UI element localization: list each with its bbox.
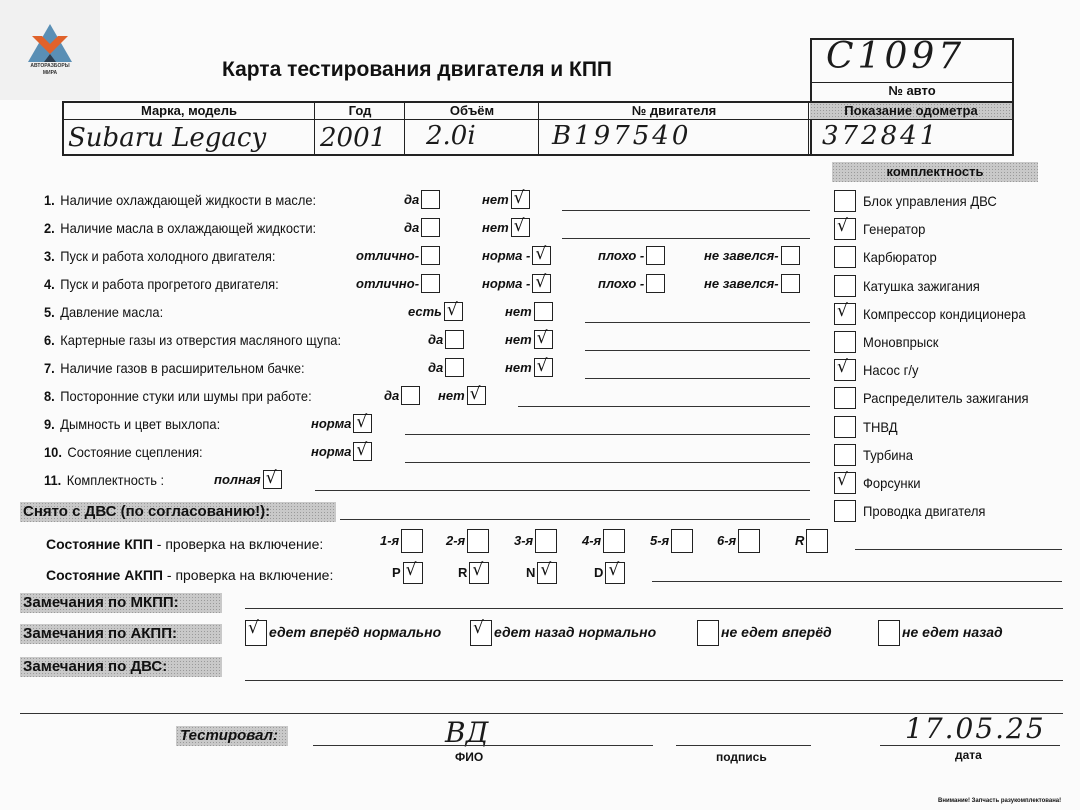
check-option: отлично- xyxy=(356,246,440,265)
check-option: норма xyxy=(311,414,372,433)
check-text: Наличие масла в охлаждающей жидкости: xyxy=(60,220,316,236)
car-number-value: C1097 xyxy=(826,36,965,77)
check-option: нет xyxy=(505,330,553,349)
kpp-gear: 2-я xyxy=(446,529,489,553)
option-label: нет xyxy=(505,332,532,347)
check-option: плохо - xyxy=(598,246,665,265)
page-title: Карта тестирования двигателя и КПП xyxy=(222,58,612,82)
remarks-mkpp-line[interactable] xyxy=(245,608,1063,609)
option-label: отлично- xyxy=(356,248,419,263)
completeness-checkbox[interactable] xyxy=(834,190,856,212)
akpp-remark-option: не едет назад xyxy=(878,620,1003,646)
check-option: да xyxy=(428,358,464,377)
check-label: 11.Комплектность : xyxy=(44,472,164,488)
check-option: да xyxy=(428,330,464,349)
completeness-label: Турбина xyxy=(863,447,913,463)
check-option: полная xyxy=(214,470,282,489)
option-checkbox[interactable] xyxy=(534,358,553,377)
mode-checkbox[interactable] xyxy=(403,562,423,584)
check-label: 1.Наличие охлаждающей жидкости в масле: xyxy=(44,192,316,208)
option-checkbox[interactable] xyxy=(467,386,486,405)
check-option: нет xyxy=(438,386,486,405)
gear-label: 5-я xyxy=(650,533,669,548)
volume-value: 2.0i xyxy=(426,121,476,151)
completeness-label: ТНВД xyxy=(863,419,898,435)
notes-line[interactable] xyxy=(562,238,810,239)
completeness-checkbox[interactable] xyxy=(834,303,856,325)
completeness-checkbox[interactable] xyxy=(834,275,856,297)
check-text: Дымность и цвет выхлопа: xyxy=(60,416,220,432)
remarks-mkpp-label: Замечания по МКПП: xyxy=(20,593,222,613)
remark-label: едет назад нормально xyxy=(494,624,656,640)
notes-line[interactable] xyxy=(585,350,810,351)
check-label: 2.Наличие масла в охлаждающей жидкости: xyxy=(44,220,316,236)
check-number: 8. xyxy=(44,388,55,404)
check-number: 2. xyxy=(44,220,55,236)
notes-line[interactable] xyxy=(315,490,810,491)
gear-checkbox[interactable] xyxy=(738,529,760,553)
remarks-dvs-line[interactable] xyxy=(245,680,1063,681)
completeness-checkbox[interactable] xyxy=(834,331,856,353)
akpp-notes-line xyxy=(652,581,1062,582)
akpp-mode: P xyxy=(392,562,423,584)
completeness-item: Проводка двигателя xyxy=(834,500,995,522)
gear-label: 4-я xyxy=(582,533,601,548)
option-checkbox[interactable] xyxy=(781,274,800,293)
check-number: 1. xyxy=(44,192,55,208)
date-value: 17.05.25 xyxy=(905,712,1046,745)
make-model-value: Subaru Legacy xyxy=(68,123,266,153)
kpp-gear: 1-я xyxy=(380,529,423,553)
remark-checkbox[interactable] xyxy=(697,620,719,646)
remark-label: едет вперёд нормально xyxy=(269,624,441,640)
kpp-gear: 5-я xyxy=(650,529,693,553)
notes-line[interactable] xyxy=(585,378,810,379)
completeness-label: Форсунки xyxy=(863,475,921,491)
check-number: 5. xyxy=(44,304,55,320)
remarks-dvs-label: Замечания по ДВС: xyxy=(20,657,222,677)
tested-by-label: Тестировал: xyxy=(176,726,288,746)
akpp-label: Состояние АКПП - проверка на включение: xyxy=(46,567,333,583)
option-label: да xyxy=(428,360,443,375)
check-number: 3. xyxy=(44,248,55,264)
kpp-label: Состояние КПП - проверка на включение: xyxy=(46,536,323,552)
option-label: отлично- xyxy=(356,276,419,291)
gear-label: 2-я xyxy=(446,533,465,548)
check-option: норма xyxy=(311,442,372,461)
vehicle-table: Марка, модель Год Объём № двигателя Пока… xyxy=(62,101,1014,156)
option-checkbox[interactable] xyxy=(534,330,553,349)
check-label: 9.Дымность и цвет выхлопа: xyxy=(44,416,220,432)
option-checkbox[interactable] xyxy=(421,246,440,265)
check-text: Посторонние стуки или шумы при работе: xyxy=(60,388,311,404)
check-text: Состояние сцепления: xyxy=(67,444,202,460)
check-label: 4.Пуск и работа прогретого двигателя: xyxy=(44,276,279,292)
remark-checkbox[interactable] xyxy=(878,620,900,646)
check-number: 6. xyxy=(44,332,55,348)
option-label: нет xyxy=(505,360,532,375)
gear-label: 3-я xyxy=(514,533,533,548)
option-checkbox[interactable] xyxy=(421,218,440,237)
remark-label: не едет вперёд xyxy=(721,624,832,640)
check-number: 9. xyxy=(44,416,55,432)
col-engine-number: № двигателя xyxy=(540,103,809,119)
option-checkbox[interactable] xyxy=(445,358,464,377)
completeness-checkbox[interactable] xyxy=(834,472,856,494)
completeness-label: Катушка зажигания xyxy=(863,278,980,294)
car-number-label: № авто xyxy=(812,83,1012,98)
removed-line xyxy=(340,519,810,520)
gear-checkbox[interactable] xyxy=(467,529,489,553)
check-option: норма - xyxy=(482,274,551,293)
completeness-checkbox[interactable] xyxy=(834,444,856,466)
option-checkbox[interactable] xyxy=(263,470,282,489)
option-label: норма xyxy=(311,444,351,459)
completeness-checkbox[interactable] xyxy=(834,359,856,381)
akpp-mode: D xyxy=(594,562,625,584)
notes-line[interactable] xyxy=(585,322,810,323)
check-option: нет xyxy=(505,358,553,377)
notes-line[interactable] xyxy=(405,462,810,463)
check-text: Комплектность : xyxy=(67,472,164,488)
check-label: 5.Давление масла: xyxy=(44,304,163,320)
completeness-label: Насос г/у xyxy=(863,362,919,378)
option-label: нет xyxy=(505,304,532,319)
option-checkbox[interactable] xyxy=(646,246,665,265)
option-label: норма - xyxy=(482,248,530,263)
completeness-checkbox[interactable] xyxy=(834,500,856,522)
check-option: плохо - xyxy=(598,274,665,293)
option-label: норма xyxy=(311,416,351,431)
mode-checkbox[interactable] xyxy=(469,562,489,584)
check-option: да xyxy=(404,218,440,237)
option-label: плохо - xyxy=(598,276,644,291)
check-label: 10.Состояние сцепления: xyxy=(44,444,203,460)
option-checkbox[interactable] xyxy=(511,218,530,237)
completeness-item: Блок управления ДВС xyxy=(834,190,1007,212)
logo-mark-icon xyxy=(28,24,72,62)
gear-label: R xyxy=(795,533,804,548)
name-caption: ФИО xyxy=(455,750,483,764)
akpp-mode: R xyxy=(458,562,489,584)
remark-checkbox[interactable] xyxy=(245,620,267,646)
check-option: есть xyxy=(408,302,463,321)
completeness-label: Распределитель зажигания xyxy=(863,390,1029,406)
gear-checkbox[interactable] xyxy=(535,529,557,553)
check-option: отлично- xyxy=(356,274,440,293)
option-label: нет xyxy=(438,388,465,403)
check-option: не завелся- xyxy=(704,246,800,265)
completeness-header: комплектность xyxy=(832,162,1038,182)
gear-checkbox[interactable] xyxy=(806,529,828,553)
akpp-remark-option: едет вперёд нормально xyxy=(245,620,441,646)
check-option: да xyxy=(404,190,440,209)
option-checkbox[interactable] xyxy=(532,274,551,293)
akpp-mode: N xyxy=(526,562,557,584)
option-label: да xyxy=(428,332,443,347)
completeness-item: ТНВД xyxy=(834,416,900,438)
completeness-item: Генератор xyxy=(834,218,930,240)
completeness-item: Насос г/у xyxy=(834,359,923,381)
completeness-label: Компрессор кондиционера xyxy=(863,306,1026,322)
kpp-gear: R xyxy=(795,529,828,553)
option-checkbox[interactable] xyxy=(444,302,463,321)
gear-checkbox[interactable] xyxy=(603,529,625,553)
option-checkbox[interactable] xyxy=(421,274,440,293)
mode-label: D xyxy=(594,565,603,580)
notes-line[interactable] xyxy=(562,210,810,211)
col-volume: Объём xyxy=(406,103,539,119)
option-label: да xyxy=(404,220,419,235)
removed-label: Снято с ДВС (по согласованию!): xyxy=(20,502,336,522)
logo: АВТОРАЗБОРЫМИРА xyxy=(0,0,100,100)
check-text: Пуск и работа прогретого двигателя: xyxy=(60,276,278,292)
gear-label: 1-я xyxy=(380,533,399,548)
check-label: 3.Пуск и работа холодного двигателя: xyxy=(44,248,275,264)
completeness-label: Генератор xyxy=(863,221,925,237)
col-make-model: Марка, модель xyxy=(64,103,315,119)
completeness-item: Катушка зажигания xyxy=(834,275,989,297)
completeness-checkbox[interactable] xyxy=(834,416,856,438)
completeness-item: Распределитель зажигания xyxy=(834,387,1041,409)
option-checkbox[interactable] xyxy=(445,330,464,349)
option-checkbox[interactable] xyxy=(532,246,551,265)
remark-checkbox[interactable] xyxy=(470,620,492,646)
option-checkbox[interactable] xyxy=(534,302,553,321)
option-label: плохо - xyxy=(598,248,644,263)
option-checkbox[interactable] xyxy=(421,190,440,209)
option-checkbox[interactable] xyxy=(353,414,372,433)
gear-label: 6-я xyxy=(717,533,736,548)
kpp-gear: 4-я xyxy=(582,529,625,553)
kpp-gear: 6-я xyxy=(717,529,760,553)
completeness-checkbox[interactable] xyxy=(834,387,856,409)
remark-label: не едет назад xyxy=(902,624,1003,640)
date-caption: дата xyxy=(955,748,982,762)
option-label: да xyxy=(404,192,419,207)
col-year: Год xyxy=(316,103,405,119)
year-value: 2001 xyxy=(320,123,386,153)
mode-label: R xyxy=(458,565,467,580)
option-label: нет xyxy=(482,220,509,235)
option-checkbox[interactable] xyxy=(401,386,420,405)
check-text: Наличие охлаждающей жидкости в масле: xyxy=(60,192,316,208)
col-odometer: Показание одометра xyxy=(810,103,1012,119)
check-text: Картерные газы из отверстия масляного щу… xyxy=(60,332,341,348)
completeness-item: Форсунки xyxy=(834,472,925,494)
option-label: не завелся- xyxy=(704,276,779,291)
option-label: не завелся- xyxy=(704,248,779,263)
option-label: есть xyxy=(408,304,442,319)
mode-checkbox[interactable] xyxy=(605,562,625,584)
completeness-checkbox[interactable] xyxy=(834,218,856,240)
name-line[interactable] xyxy=(313,745,653,746)
akpp-remark-option: не едет вперёд xyxy=(697,620,832,646)
check-number: 10. xyxy=(44,444,62,460)
signature-line[interactable] xyxy=(676,745,811,746)
option-checkbox[interactable] xyxy=(646,274,665,293)
check-text: Давление масла: xyxy=(60,304,163,320)
warning-text: Внимание! Запчасть разукомплектована! xyxy=(938,798,1061,804)
completeness-checkbox[interactable] xyxy=(834,246,856,268)
check-label: 8.Посторонние стуки или шумы при работе: xyxy=(44,388,312,404)
akpp-remark-option: едет назад нормально xyxy=(470,620,656,646)
check-label: 6.Картерные газы из отверстия масляного … xyxy=(44,332,341,348)
check-option: не завелся- xyxy=(704,274,800,293)
option-label: полная xyxy=(214,472,261,487)
mode-label: P xyxy=(392,565,401,580)
completeness-item: Компрессор кондиционера xyxy=(834,303,1038,325)
kpp-gear: 3-я xyxy=(514,529,557,553)
notes-line[interactable] xyxy=(518,406,810,407)
remarks-akpp-label: Замечания по АКПП: xyxy=(20,624,222,644)
completeness-item: Моновпрыск xyxy=(834,331,944,353)
option-label: да xyxy=(384,388,399,403)
completeness-label: Карбюратор xyxy=(863,249,937,265)
gear-checkbox[interactable] xyxy=(401,529,423,553)
odometer-value: 372841 xyxy=(822,121,939,151)
kpp-notes-line xyxy=(855,549,1062,550)
logo-text: АВТОРАЗБОРЫМИРА xyxy=(0,63,100,77)
engine-number-value: B197540 xyxy=(552,121,691,151)
check-label: 7.Наличие газов в расширительном бачке: xyxy=(44,360,305,376)
completeness-label: Блок управления ДВС xyxy=(863,193,997,209)
check-option: нет xyxy=(505,302,553,321)
completeness-item: Турбина xyxy=(834,444,917,466)
check-option: нет xyxy=(482,190,530,209)
date-line[interactable] xyxy=(880,745,1060,746)
completeness-label: Моновпрыск xyxy=(863,334,938,350)
option-checkbox[interactable] xyxy=(511,190,530,209)
check-number: 11. xyxy=(44,472,61,488)
gear-checkbox[interactable] xyxy=(671,529,693,553)
check-option: норма - xyxy=(482,246,551,265)
check-text: Пуск и работа холодного двигателя: xyxy=(60,248,275,264)
completeness-label: Проводка двигателя xyxy=(863,503,985,519)
check-number: 7. xyxy=(44,360,55,376)
option-label: нет xyxy=(482,192,509,207)
option-label: норма - xyxy=(482,276,530,291)
mode-checkbox[interactable] xyxy=(537,562,557,584)
check-option: да xyxy=(384,386,420,405)
option-checkbox[interactable] xyxy=(353,442,372,461)
mode-label: N xyxy=(526,565,535,580)
check-option: нет xyxy=(482,218,530,237)
notes-line[interactable] xyxy=(405,434,810,435)
completeness-item: Карбюратор xyxy=(834,246,942,268)
check-text: Наличие газов в расширительном бачке: xyxy=(60,360,304,376)
check-number: 4. xyxy=(44,276,55,292)
signature-caption: подпись xyxy=(716,750,767,764)
option-checkbox[interactable] xyxy=(781,246,800,265)
